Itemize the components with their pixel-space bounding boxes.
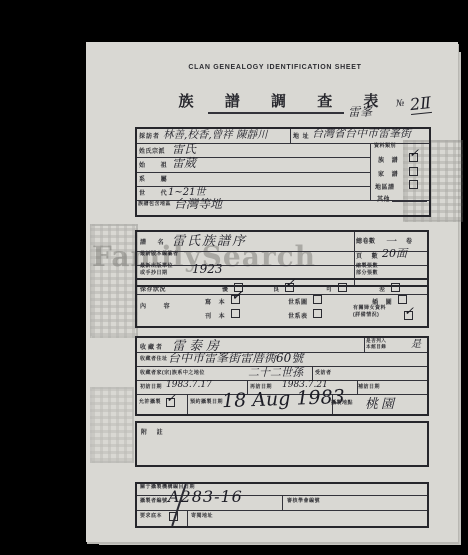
publish-label-line2: 或手抄日期 bbox=[140, 271, 168, 277]
pages-label: 頁 數 bbox=[356, 251, 382, 260]
volumes-unit: 卷 bbox=[406, 236, 413, 245]
category-clan-checkbox: ✓ bbox=[409, 153, 418, 162]
volumes-label: 總卷數 bbox=[356, 236, 376, 245]
region-label: 族譜包含地區 bbox=[138, 202, 171, 208]
permission-label: 允許攝製 bbox=[139, 400, 161, 406]
content-lineage-table-checkbox bbox=[313, 309, 322, 318]
condition-fair-checkbox bbox=[338, 283, 347, 292]
address-label: 地 址 bbox=[293, 131, 310, 140]
condition-good-checkbox: ✓ bbox=[285, 283, 294, 292]
women-data-label-line2: (詳備情況) bbox=[353, 313, 379, 319]
checkmark-icon: ✓ bbox=[285, 276, 295, 290]
condition-poor-checkbox bbox=[391, 283, 400, 292]
scanned-document-page: FamilySearch CLAN GENEALOGY IDENTIFICATI… bbox=[0, 0, 468, 555]
category-region-checkbox bbox=[409, 180, 418, 189]
condition-option-label: 可 bbox=[326, 284, 333, 293]
book-name-label: 譜 名 bbox=[140, 237, 169, 246]
book-name-value: 雷氏族譜序 bbox=[172, 230, 247, 249]
filmer-number-label: 攝製者編號 bbox=[140, 499, 168, 505]
filming-date-value: 18 Aug 1983 bbox=[222, 386, 345, 412]
title-underline bbox=[208, 112, 344, 114]
interviewer-label: 採訪者 bbox=[139, 131, 160, 140]
mail-address-label: 寄閱地址 bbox=[191, 514, 213, 520]
remarks-label: 附 註 bbox=[141, 427, 167, 436]
category-title: 資料類別 bbox=[374, 144, 396, 150]
women-data-checkbox: ✓ bbox=[404, 311, 413, 320]
society-number-label: 審核學會編號 bbox=[287, 499, 320, 505]
content-option-label: 刊 本 bbox=[205, 311, 228, 320]
category-other-label: 其他 bbox=[377, 194, 390, 203]
content-option-label: 世系表 bbox=[288, 311, 308, 320]
visit1-value: 1983.7.17 bbox=[166, 380, 212, 390]
category-option-label: 族 譜 bbox=[378, 155, 401, 164]
film-label-line1: 縮製張數 bbox=[356, 264, 378, 270]
film-label-line2: 部分張數 bbox=[356, 271, 378, 277]
content-label: 內 容 bbox=[140, 301, 178, 310]
checkmark-icon: ✓ bbox=[404, 304, 414, 318]
checkmark-icon: ✓ bbox=[166, 391, 176, 405]
women-data-label-line1: 有關婦女資料 bbox=[353, 306, 386, 312]
visit1-label: 初訪日期 bbox=[140, 385, 162, 391]
content-manuscript-checkbox: ✓ bbox=[231, 295, 240, 304]
sheet-number-label: № bbox=[396, 99, 406, 110]
address-value: 台灣省台中市雷峯街 bbox=[312, 125, 411, 141]
category-family-checkbox bbox=[409, 167, 418, 176]
content-lineage-chart-checkbox bbox=[313, 295, 322, 304]
publish-label-line1: 最新出版單位 bbox=[140, 264, 173, 270]
founder-label: 始 祖 bbox=[139, 160, 174, 169]
pages-value: 20面 bbox=[382, 245, 407, 261]
visit3-label: 補訪日期 bbox=[358, 385, 380, 391]
checkmark-icon: ✓ bbox=[231, 288, 243, 304]
condition-option-label: 優 bbox=[222, 284, 229, 293]
holder-position-value: 二十二世孫 bbox=[248, 364, 303, 380]
editor-label: 最新版本編纂者 bbox=[140, 252, 179, 258]
permission-checkbox: ✓ bbox=[166, 398, 175, 407]
listed-label-line2: 本館目錄 bbox=[366, 344, 386, 350]
category-option-label: 地區譜 bbox=[375, 182, 395, 191]
publish-date-value: 1923 bbox=[192, 262, 223, 276]
document-title-en: CLAN GENEALOGY IDENTIFICATION SHEET bbox=[120, 64, 430, 71]
region-value: 台灣等地 bbox=[174, 195, 222, 212]
remarks-table bbox=[135, 421, 429, 467]
category-option-label: 家 譜 bbox=[378, 169, 401, 178]
surname-label: 姓氏宗派 bbox=[139, 146, 165, 155]
content-printed-checkbox bbox=[231, 309, 240, 318]
seal-stamp-left-lower bbox=[90, 387, 134, 463]
listed-value: 是 bbox=[411, 335, 421, 350]
filming-place-label: 攝製地點 bbox=[331, 401, 353, 407]
content-illustration-checkbox bbox=[398, 295, 407, 304]
filming-date-label: 預約攝製日期 bbox=[190, 400, 223, 406]
content-option-label: 寫 本 bbox=[205, 297, 228, 306]
document-title-zh: 族 譜 調 查 表 bbox=[135, 90, 435, 111]
holder-position-label: 收藏者家(宗)族系中之地位 bbox=[140, 371, 205, 377]
checkmark-icon: ✓ bbox=[409, 146, 419, 160]
condition-option-label: 良 bbox=[273, 284, 280, 293]
condition-label: 保存狀況 bbox=[140, 284, 166, 293]
copy-request-label: 要求底本 bbox=[140, 514, 162, 520]
sheet-number-value: 2Ⅱ bbox=[409, 93, 432, 115]
condition-option-label: 差 bbox=[379, 284, 386, 293]
lineage-label: 系 屬 bbox=[139, 174, 174, 183]
copy-request-checkbox bbox=[169, 512, 178, 521]
filming-place-value: 桃園 bbox=[365, 393, 397, 412]
content-option-label: 世系圖 bbox=[288, 297, 308, 306]
holder-name-label: 收藏者 bbox=[140, 342, 164, 351]
respondent-label: 受訪者 bbox=[315, 371, 332, 377]
listed-label-line1: 是否列入 bbox=[366, 338, 386, 344]
corner-note-handwriting: 雷峯 bbox=[348, 103, 372, 120]
holder-address-label: 收藏者住址 bbox=[140, 357, 168, 363]
founder-value: 雷葳 bbox=[172, 154, 196, 171]
